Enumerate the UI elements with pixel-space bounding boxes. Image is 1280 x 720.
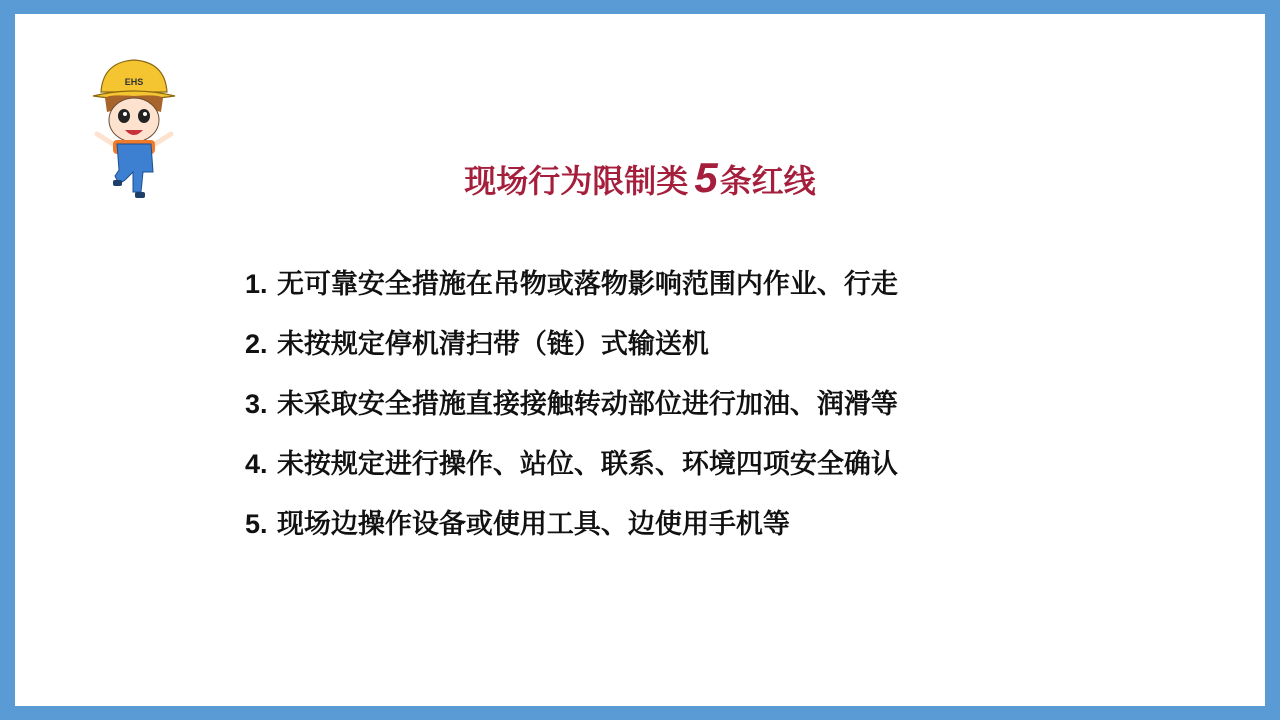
svg-text:EHS: EHS [125, 77, 144, 87]
title-number: 5 [694, 154, 717, 201]
red-line-list: 1. 无可靠安全措施在吊物或落物影响范围内作业、行走 2. 未按规定停机清扫带（… [245, 262, 898, 562]
list-item: 4. 未按规定进行操作、站位、联系、环境四项安全确认 [245, 442, 898, 502]
page-title: 现场行为限制类5条红线 [15, 154, 1265, 202]
slide: EHS 现场行为限制类5条红线 1. 无可靠安全措施在吊物或落物影响范围内作业、… [15, 14, 1265, 706]
title-suffix: 条红线 [720, 162, 816, 200]
title-prefix: 现场行为限制类 [464, 162, 688, 200]
list-item: 5. 现场边操作设备或使用工具、边使用手机等 [245, 502, 898, 562]
list-item: 1. 无可靠安全措施在吊物或落物影响范围内作业、行走 [245, 262, 898, 322]
list-item: 2. 未按规定停机清扫带（链）式输送机 [245, 322, 898, 382]
list-item: 3. 未采取安全措施直接接触转动部位进行加油、润滑等 [245, 382, 898, 442]
